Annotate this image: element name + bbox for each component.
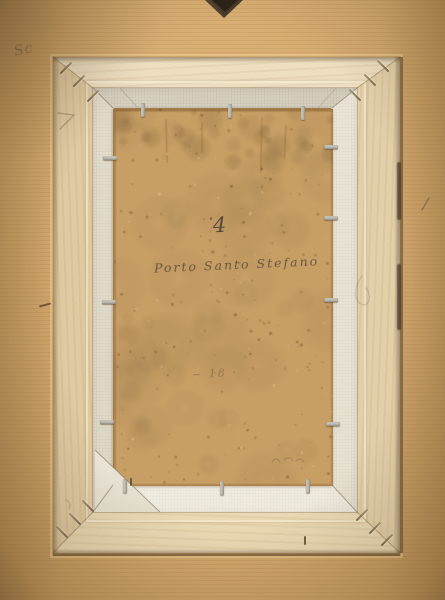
- cutout-gap-bottom: [53, 549, 400, 556]
- staple: [324, 298, 338, 302]
- frame-nail: [304, 536, 306, 545]
- gap-shadow-dash: [397, 162, 401, 220]
- staple: [103, 156, 117, 160]
- staple: [228, 104, 232, 118]
- staple: [324, 145, 338, 149]
- board-texture: [114, 109, 333, 486]
- painting-board: 4 Porto Santo Stefano ~ 18 ·: [113, 108, 332, 485]
- frame-nail: [130, 478, 132, 486]
- staple: [301, 106, 305, 120]
- staple: [324, 216, 338, 220]
- staple: [306, 479, 310, 493]
- inscription-lot-number: 4: [200, 212, 241, 237]
- inscription-pencil-note: ~ 18 ·: [192, 366, 238, 381]
- staple: [326, 422, 340, 426]
- gap-shadow-dash: [397, 264, 401, 330]
- staple: [141, 103, 145, 117]
- cutout-shadow-top: [53, 57, 400, 63]
- staple: [102, 300, 116, 304]
- cutout-shadow-left: [53, 57, 59, 553]
- staple: [100, 420, 114, 424]
- framed-painting-verso-photo: Sc 4 Porto Santo Stefano ~ 18 ·: [0, 0, 445, 600]
- staple: [220, 481, 224, 495]
- staple: [123, 479, 127, 493]
